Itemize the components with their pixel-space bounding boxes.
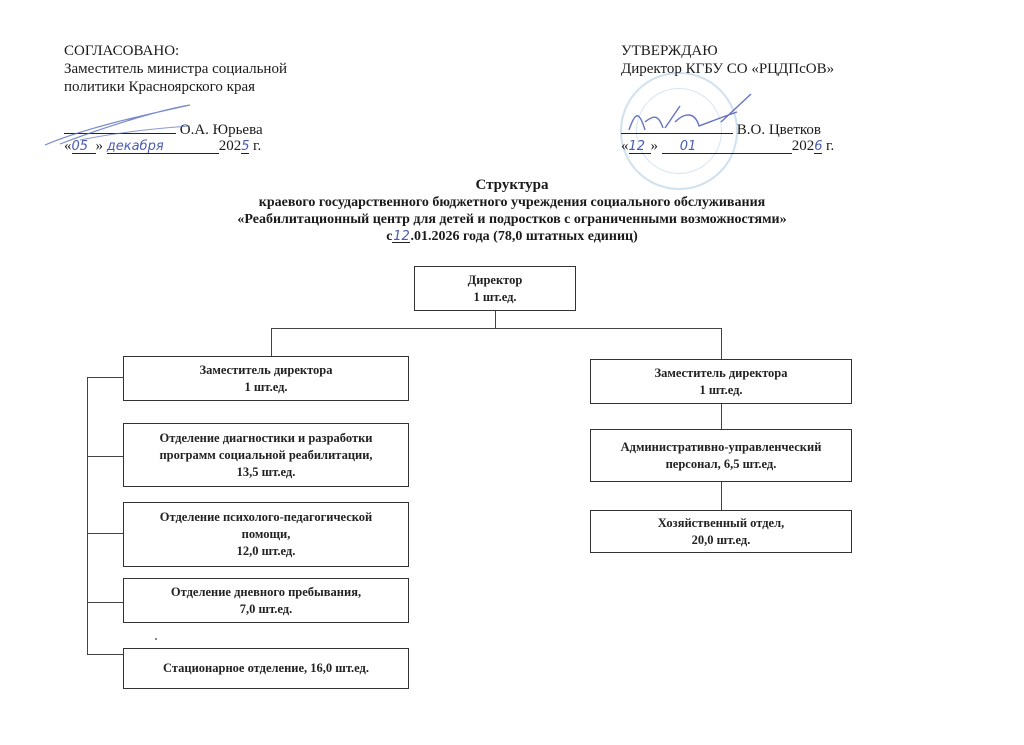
signature-line-right: В.О. Цветков xyxy=(621,118,821,139)
title-line1: Структура xyxy=(140,177,884,194)
box-title: Заместитель директора xyxy=(654,365,787,382)
approver-position-line2: политики Красноярского края xyxy=(64,78,287,96)
approval-heading-left: СОГЛАСОВАНО: xyxy=(64,42,287,60)
box-staff: персонал, 6,5 шт.ед. xyxy=(666,456,777,473)
quote-open: « xyxy=(621,138,629,154)
year-suffix-right: г. xyxy=(822,138,834,154)
connector-line xyxy=(87,377,123,378)
approval-block-right: УТВЕРЖДАЮ Директор КГБУ СО «РЦДПсОВ» xyxy=(621,42,834,78)
connector-line xyxy=(87,456,123,457)
org-box-director[interactable]: Директор 1 шт.ед. xyxy=(414,266,576,311)
title-line2: краевого государственного бюджетного учр… xyxy=(140,194,884,211)
box-staff: 1 шт.ед. xyxy=(244,379,287,396)
date-day-right: 12 xyxy=(629,139,646,154)
box-staff: 12,0 шт.ед. xyxy=(237,543,296,560)
approver-position-right: Директор КГБУ СО «РЦДПсОВ» xyxy=(621,60,834,78)
org-box-deputy-left[interactable]: Заместитель директора 1 шт.ед. xyxy=(123,356,409,401)
date-line-left: «05» декабря2025 г. xyxy=(64,138,261,155)
title-date-day: 12 xyxy=(393,229,410,244)
connector-line xyxy=(87,533,123,534)
box-staff: 1 шт.ед. xyxy=(473,289,516,306)
box-title: Заместитель директора xyxy=(199,362,332,379)
org-box-psych-ped-dept[interactable]: Отделение психолого-педагогической помощ… xyxy=(123,502,409,567)
connector-line xyxy=(271,328,722,329)
connector-line xyxy=(87,377,88,654)
date-day-left: 05 xyxy=(72,139,89,154)
date-year-right: 202 xyxy=(792,138,815,154)
signature-field-right xyxy=(621,118,733,134)
title-date-suffix: .01.2026 года (78,0 штатных единиц) xyxy=(410,229,637,244)
box-line: Стационарное отделение, 16,0 шт.ед. xyxy=(163,660,369,677)
title-line4: с12.01.2026 года (78,0 штатных единиц) xyxy=(140,228,884,245)
box-line: Отделение дневного пребывания, xyxy=(171,584,361,601)
org-box-day-stay-dept[interactable]: Отделение дневного пребывания, 7,0 шт.ед… xyxy=(123,578,409,623)
box-line: Хозяйственный отдел, xyxy=(658,515,784,532)
box-staff: 7,0 шт.ед. xyxy=(240,601,292,618)
org-box-maintenance-dept[interactable]: Хозяйственный отдел, 20,0 шт.ед. xyxy=(590,510,852,553)
date-year-left: 202 xyxy=(219,138,242,154)
scan-speck xyxy=(155,638,157,640)
connector-line xyxy=(271,328,272,357)
box-line: программ социальной реабилитации, xyxy=(159,447,372,464)
org-box-inpatient-dept[interactable]: Стационарное отделение, 16,0 шт.ед. xyxy=(123,648,409,689)
connector-line xyxy=(495,310,496,328)
quote-close: » xyxy=(651,138,659,154)
box-line: Отделение психолого-педагогической xyxy=(160,509,373,526)
connector-line xyxy=(721,328,722,359)
connector-line xyxy=(87,654,123,655)
approval-heading-right: УТВЕРЖДАЮ xyxy=(621,42,834,60)
box-staff: 1 шт.ед. xyxy=(699,382,742,399)
date-month-left: декабря xyxy=(107,139,164,154)
connector-line xyxy=(721,481,722,510)
org-box-deputy-right[interactable]: Заместитель директора 1 шт.ед. xyxy=(590,359,852,404)
connector-line xyxy=(721,403,722,429)
box-line: помощи, xyxy=(242,526,291,543)
box-line: Административно-управленческий xyxy=(621,439,822,456)
box-title: Директор xyxy=(468,272,523,289)
connector-line xyxy=(87,602,123,603)
approval-block-left: СОГЛАСОВАНО: Заместитель министра социал… xyxy=(64,42,287,96)
date-month-right: 01 xyxy=(680,139,697,154)
box-staff: 13,5 шт.ед. xyxy=(237,464,296,481)
date-line-right: «12» 012026 г. xyxy=(621,138,834,155)
approver-position-line1: Заместитель министра социальной xyxy=(64,60,287,78)
document-title: Структура краевого государственного бюдж… xyxy=(140,177,884,245)
box-staff: 20,0 шт.ед. xyxy=(692,532,751,549)
title-line3: «Реабилитационный центр для детей и подр… xyxy=(140,211,884,228)
org-box-admin-staff[interactable]: Административно-управленческий персонал,… xyxy=(590,429,852,482)
box-line: Отделение диагностики и разработки xyxy=(159,430,372,447)
signatory-name-right: В.О. Цветков xyxy=(737,122,821,138)
org-box-diagnostics-dept[interactable]: Отделение диагностики и разработки прогр… xyxy=(123,423,409,487)
year-suffix-left: г. xyxy=(249,138,261,154)
